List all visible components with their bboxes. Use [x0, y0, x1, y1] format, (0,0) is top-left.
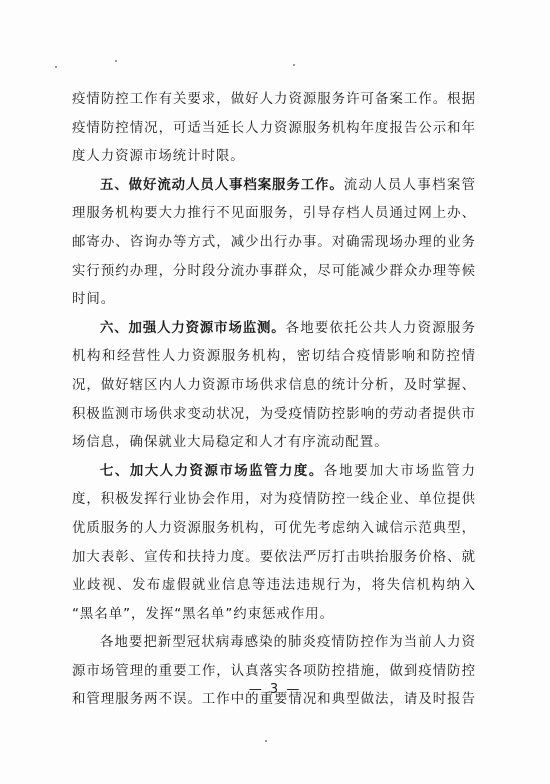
text-line: 理服务机构要大力推行不见面服务，引导存档人员通过网上办、: [72, 200, 476, 229]
text-line: 度人力资源市场统计时限。: [72, 143, 476, 172]
text-line: 况，做好辖区内人力资源市场供求信息的统计分析，及时掌握、: [72, 372, 476, 401]
text-line: 业歧视、发布虚假就业信息等违法违规行为，将失信机构纳入: [72, 572, 476, 601]
scan-speck: [115, 60, 117, 62]
scan-speck: [55, 66, 57, 68]
text-line: 积极监测市场供求变动状况，为受疫情防控影响的劳动者提供市: [72, 401, 476, 430]
text-run: 流动人员人事档案管: [344, 178, 476, 193]
text-run: 各地要依托公共人力资源服务: [286, 321, 476, 336]
section-heading-line: 七、加大人力资源市场监管力度。各地要加大市场监管力: [72, 458, 476, 487]
text-line: 度，积极发挥行业协会作用，对为疫情防控一线企业、单位提供: [72, 486, 476, 515]
text-line: 时间。: [72, 286, 476, 315]
text-line: 机构和经营性人力资源服务机构，密切结合疫情影响和防控情: [72, 343, 476, 372]
text-line: 邮寄办、咨询办等方式，减少出行办事。对确需现场办理的业务: [72, 229, 476, 258]
text-line: 各地要把新型冠状病毒感染的肺炎疫情防控作为当前人力资: [72, 629, 476, 658]
text-line: 实行预约办理，分时段分流办事群众，尽可能减少群众办理等候: [72, 258, 476, 287]
text-line: 场信息，确保就业大局稳定和人才有序流动配置。: [72, 429, 476, 458]
section-heading-6: 六、加强人力资源市场监测。: [100, 321, 286, 336]
scan-speck: [293, 64, 295, 66]
text-line: 优质服务的人力资源服务机构，可优先考虑纳入诚信示范典型，: [72, 515, 476, 544]
page-number: — 3 —: [0, 682, 550, 697]
text-line: 加大表彰、宣传和扶持力度。要依法严厉打击哄抬服务价格、就: [72, 544, 476, 573]
text-line: 疫情防控工作有关要求，做好人力资源服务许可备案工作。根据: [72, 86, 476, 115]
section-heading-line: 五、做好流动人员人事档案服务工作。流动人员人事档案管: [72, 172, 476, 201]
section-heading-7: 七、加大人力资源市场监管力度。: [100, 464, 324, 479]
scan-speck: [265, 740, 267, 742]
section-heading-line: 六、加强人力资源市场监测。各地要依托公共人力资源服务: [72, 315, 476, 344]
document-page: 疫情防控工作有关要求，做好人力资源服务许可备案工作。根据 疫情防控情况，可适当延…: [0, 0, 550, 784]
text-run: 各地要加大市场监管力: [324, 464, 476, 479]
text-line: 疫情防控情况，可适当延长人力资源服务机构年度报告公示和年: [72, 115, 476, 144]
section-heading-5: 五、做好流动人员人事档案服务工作。: [100, 178, 344, 193]
text-line: “黑名单”，发挥“黑名单”约束惩戒作用。: [72, 601, 476, 630]
document-body: 疫情防控工作有关要求，做好人力资源服务许可备案工作。根据 疫情防控情况，可适当延…: [72, 86, 476, 715]
